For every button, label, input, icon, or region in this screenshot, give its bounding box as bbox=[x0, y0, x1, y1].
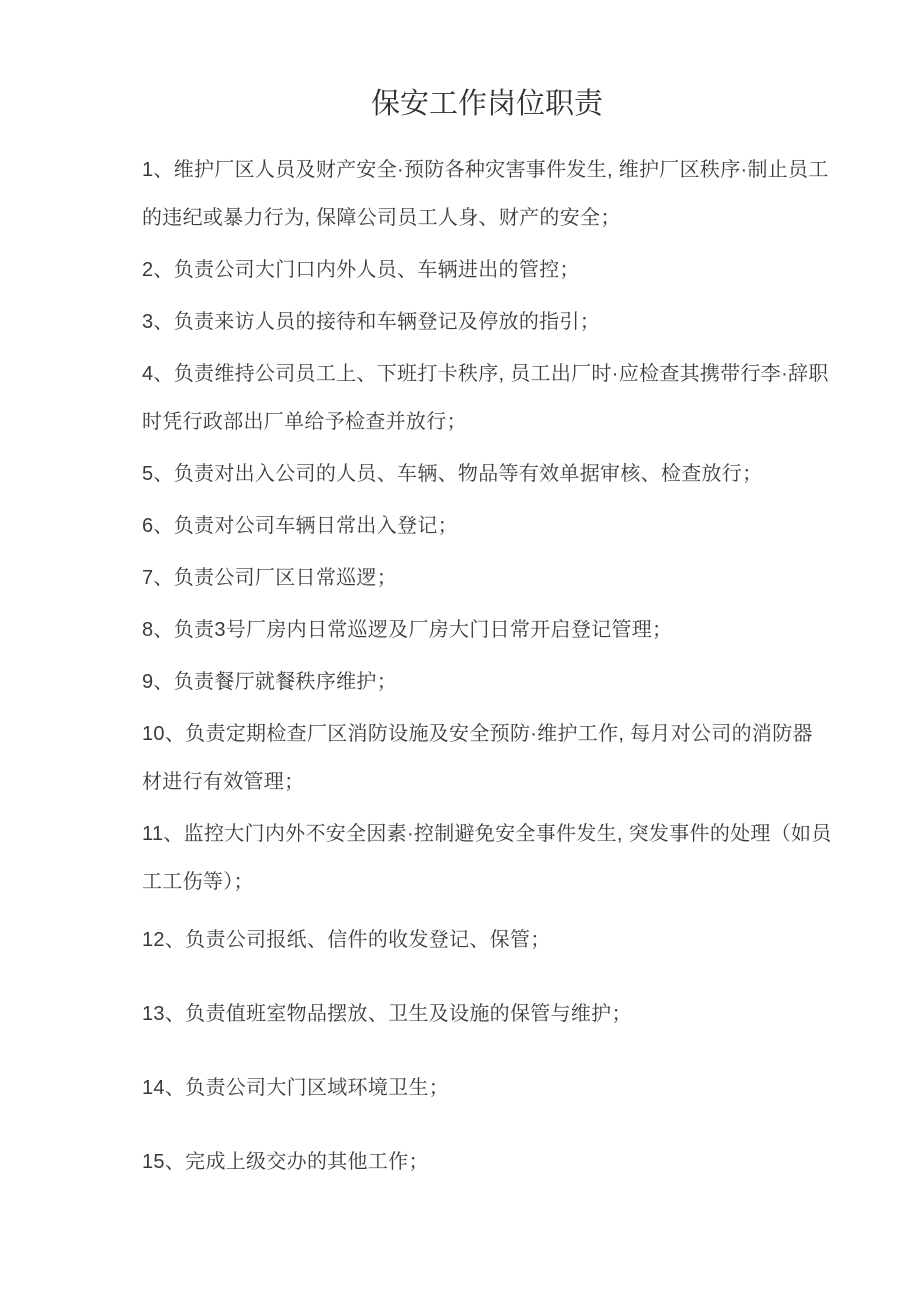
list-item-2: 2、负责公司大门口内外人员、车辆进出的管控； bbox=[142, 246, 832, 294]
list-item-12: 12、负责公司报纸、信件的收发登记、保管； bbox=[142, 916, 832, 964]
list-item-14: 14、负责公司大门区域环境卫生； bbox=[142, 1064, 832, 1112]
list-item-11: 11、监控大门内外不安全因素·控制避免安全事件发生, 突发事件的处理（如员工工伤… bbox=[142, 810, 832, 906]
list-item-4: 4、负责维持公司员工上、下班打卡秩序, 员工出厂时·应检查其携带行李·辞职时凭行… bbox=[142, 350, 832, 446]
list-item-10: 10、负责定期检查厂区消防设施及安全预防·维护工作, 每月对公司的消防器材进行有… bbox=[142, 710, 832, 806]
list-item-7: 7、负责公司厂区日常巡逻； bbox=[142, 554, 832, 602]
document-page: 保安工作岗位职责 1、维护厂区人员及财产安全·预防各种灾害事件发生, 维护厂区秩… bbox=[0, 0, 920, 1302]
document-title: 保安工作岗位职责 bbox=[142, 84, 832, 124]
list-item-1: 1、维护厂区人员及财产安全·预防各种灾害事件发生, 维护厂区秩序·制止员工的违纪… bbox=[142, 146, 832, 242]
list-item-3: 3、负责来访人员的接待和车辆登记及停放的指引； bbox=[142, 298, 832, 346]
document-body: 保安工作岗位职责 1、维护厂区人员及财产安全·预防各种灾害事件发生, 维护厂区秩… bbox=[0, 0, 920, 1186]
list-item-13: 13、负责值班室物品摆放、卫生及设施的保管与维护； bbox=[142, 990, 832, 1038]
list-item-8: 8、负责3号厂房内日常巡逻及厂房大门日常开启登记管理； bbox=[142, 606, 832, 654]
list-item-5: 5、负责对出入公司的人员、车辆、物品等有效单据审核、检查放行； bbox=[142, 450, 832, 498]
list-item-15: 15、完成上级交办的其他工作； bbox=[142, 1138, 832, 1186]
list-item-6: 6、负责对公司车辆日常出入登记； bbox=[142, 502, 832, 550]
list-item-9: 9、负责餐厅就餐秩序维护； bbox=[142, 658, 832, 706]
